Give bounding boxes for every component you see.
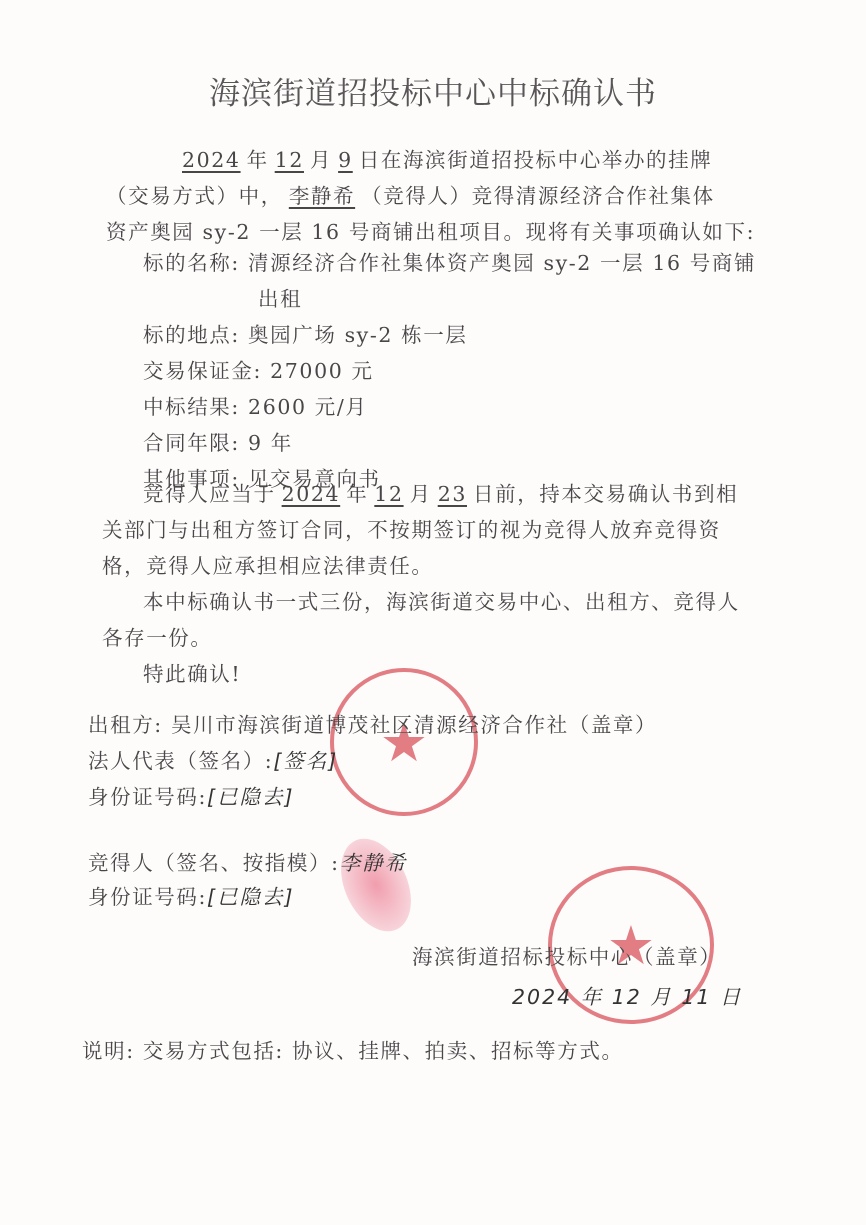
bid-day: 9 bbox=[332, 148, 359, 172]
lessor-rep-line: 法人代表（签名）:[签名] bbox=[88, 744, 338, 774]
winner-id-line: 身份证号码:[已隐去] bbox=[88, 880, 295, 910]
winner-signature: 李静希 bbox=[340, 851, 408, 875]
bid-year: 2024 bbox=[176, 148, 247, 172]
fingerprint-mark bbox=[327, 827, 425, 942]
center-date: 2024 年 12 月 11 日 bbox=[512, 980, 742, 1010]
lessor-id-redacted: [已隐去] bbox=[207, 785, 295, 809]
field-deposit: 交易保证金: 27000 元 bbox=[143, 354, 374, 384]
lessor-id-line: 身份证号码:[已隐去] bbox=[88, 780, 295, 810]
field-subject-name: 标的名称: 清源经济合作社集体资产奥园 sy-2 一层 16 号商铺 bbox=[143, 246, 756, 276]
lessor-seal: ★ bbox=[330, 668, 478, 816]
intro-line-2: （交易方式）中，李静希（竞得人）竞得清源经济合作社集体 bbox=[106, 176, 715, 216]
winner-name: 李静希 bbox=[283, 184, 361, 208]
winner-id-redacted: [已隐去] bbox=[207, 885, 295, 909]
center-name: 海滨街道招标投标中心（盖章） bbox=[412, 940, 721, 970]
deadline-line-2: 关部门与出租方签订合同，不按期签订的视为竞得人放弃竞得资 bbox=[102, 510, 721, 550]
copies-line-1: 本中标确认书一式三份，海滨街道交易中心、出租方、竞得人 bbox=[143, 582, 740, 622]
field-subject-name-cont: 出租 bbox=[258, 282, 302, 312]
document-title: 海滨街道招投标中心中标确认书 bbox=[0, 68, 866, 113]
lessor-line: 出租方: 吴川市海滨街道博茂社区清源经济合作社（盖章） bbox=[88, 708, 657, 738]
intro-line-1: 2024年12月9日在海滨街道招投标中心举办的挂牌 bbox=[176, 140, 712, 180]
winner-sign-line: 竞得人（签名、按指模）:李静希 bbox=[88, 846, 407, 876]
bid-month: 12 bbox=[269, 148, 310, 172]
confirm-text: 特此确认! bbox=[143, 654, 241, 694]
lessor-rep-signature: [签名] bbox=[273, 749, 338, 773]
field-term: 合同年限: 9 年 bbox=[143, 426, 293, 456]
field-result: 中标结果: 2600 元/月 bbox=[143, 390, 367, 420]
document-page: 海滨街道招投标中心中标确认书 2024年12月9日在海滨街道招投标中心举办的挂牌… bbox=[0, 0, 866, 1225]
deadline-line-3: 格，竞得人应承担相应法律责任。 bbox=[102, 546, 434, 586]
copies-line-2: 各存一份。 bbox=[102, 618, 213, 658]
field-subject-location: 标的地点: 奥园广场 sy-2 栋一层 bbox=[143, 318, 467, 348]
note-text: 说明: 交易方式包括: 协议、挂牌、拍卖、招标等方式。 bbox=[82, 1034, 624, 1064]
deadline-line-1: 竞得人应当于2024年12月23日前，持本交易确认书到相 bbox=[143, 474, 738, 514]
